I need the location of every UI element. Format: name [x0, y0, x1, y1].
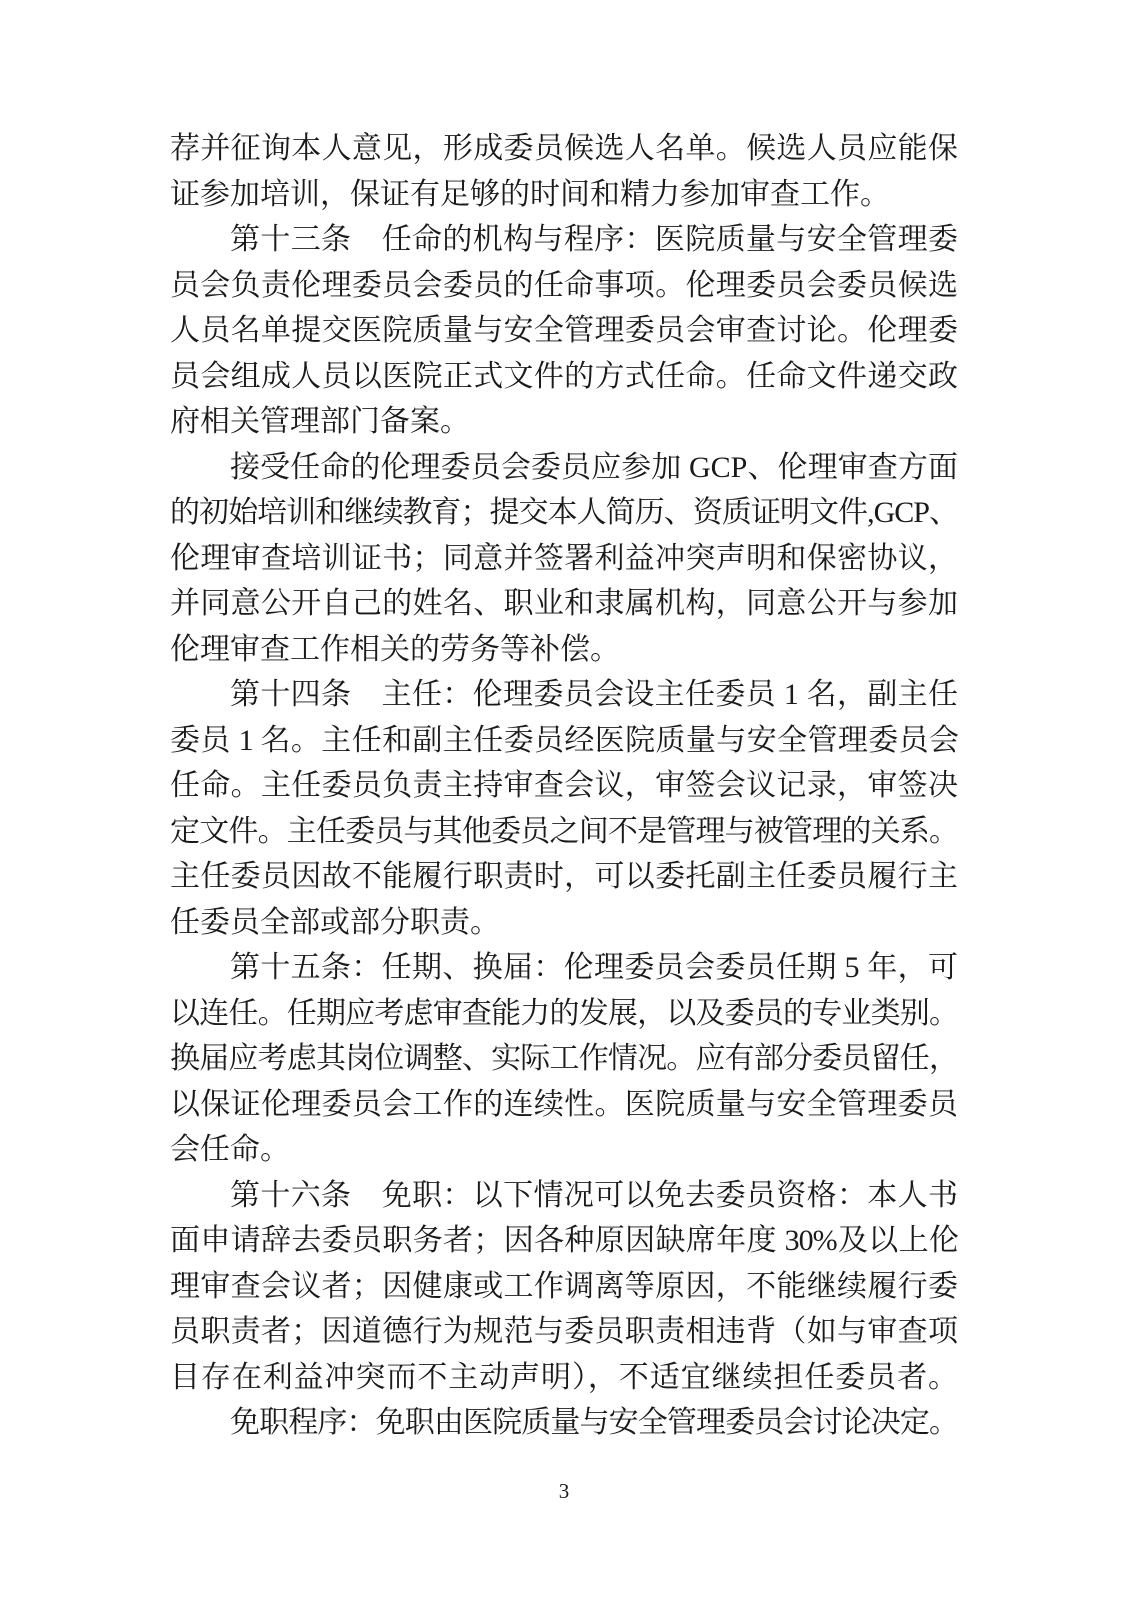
page-footer: 3 [170, 1478, 958, 1504]
text-line: 委员 1 名。主任和副主任委员经医院质量与安全管理委员会 [170, 718, 958, 764]
text-line: 任委员全部或部分职责。 [170, 900, 958, 946]
text-line: 第十四条 主任：伦理委员会设主任委员 1 名，副主任 [170, 672, 958, 718]
text-line: 证参加培训，保证有足够的时间和精力参加审查工作。 [170, 172, 958, 218]
text-line: 并同意公开自己的姓名、职业和隶属机构，同意公开与参加 [170, 581, 958, 627]
text-line: 第十五条：任期、换届：伦理委员会委员任期 5 年，可 [170, 945, 958, 991]
text-line: 第十三条 任命的机构与程序：医院质量与安全管理委 [170, 217, 958, 263]
text-line: 第十六条 免职：以下情况可以免去委员资格：本人书 [170, 1173, 958, 1219]
text-line: 以连任。任期应考虑审查能力的发展，以及委员的专业类别。 [170, 991, 958, 1037]
text-line: 员会负责伦理委员会委员的任命事项。伦理委员会委员候选 [170, 263, 958, 309]
text-line: 理审查会议者；因健康或工作调离等原因，不能继续履行委 [170, 1264, 958, 1310]
text-line: 定文件。主任委员与其他委员之间不是管理与被管理的关系。 [170, 809, 958, 855]
text-line: 的初始培训和继续教育；提交本人简历、资质证明文件,GCP、 [170, 490, 958, 536]
page-number: 3 [559, 1479, 570, 1503]
text-line: 府相关管理部门备案。 [170, 399, 958, 445]
text-line: 接受任命的伦理委员会委员应参加 GCP、伦理审查方面 [170, 445, 958, 491]
text-line: 员职责者；因道德行为规范与委员职责相违背（如与审查项 [170, 1309, 958, 1355]
document-body: 荐并征询本人意见，形成委员候选人名单。候选人员应能保证参加培训，保证有足够的时间… [170, 126, 958, 1446]
text-line: 伦理审查培训证书；同意并签署利益冲突声明和保密协议， [170, 536, 958, 582]
text-line: 任命。主任委员负责主持审查会议，审签会议记录，审签决 [170, 763, 958, 809]
text-line: 荐并征询本人意见，形成委员候选人名单。候选人员应能保 [170, 126, 958, 172]
text-line: 面申请辞去委员职务者；因各种原因缺席年度 30%及以上伦 [170, 1218, 958, 1264]
text-line: 人员名单提交医院质量与安全管理委员会审查讨论。伦理委 [170, 308, 958, 354]
text-line: 换届应考虑其岗位调整、实际工作情况。应有部分委员留任， [170, 1036, 958, 1082]
text-line: 目存在利益冲突而不主动声明），不适宜继续担任委员者。 [170, 1355, 958, 1401]
text-line: 免职程序：免职由医院质量与安全管理委员会讨论决定。 [170, 1400, 958, 1446]
document-page: 荐并征询本人意见，形成委员候选人名单。候选人员应能保证参加培训，保证有足够的时间… [0, 0, 1131, 1600]
text-line: 以保证伦理委员会工作的连续性。医院质量与安全管理委员 [170, 1082, 958, 1128]
text-line: 伦理审查工作相关的劳务等补偿。 [170, 627, 958, 673]
text-line: 会任命。 [170, 1127, 958, 1173]
text-line: 员会组成人员以医院正式文件的方式任命。任命文件递交政 [170, 354, 958, 400]
text-line: 主任委员因故不能履行职责时，可以委托副主任委员履行主 [170, 854, 958, 900]
